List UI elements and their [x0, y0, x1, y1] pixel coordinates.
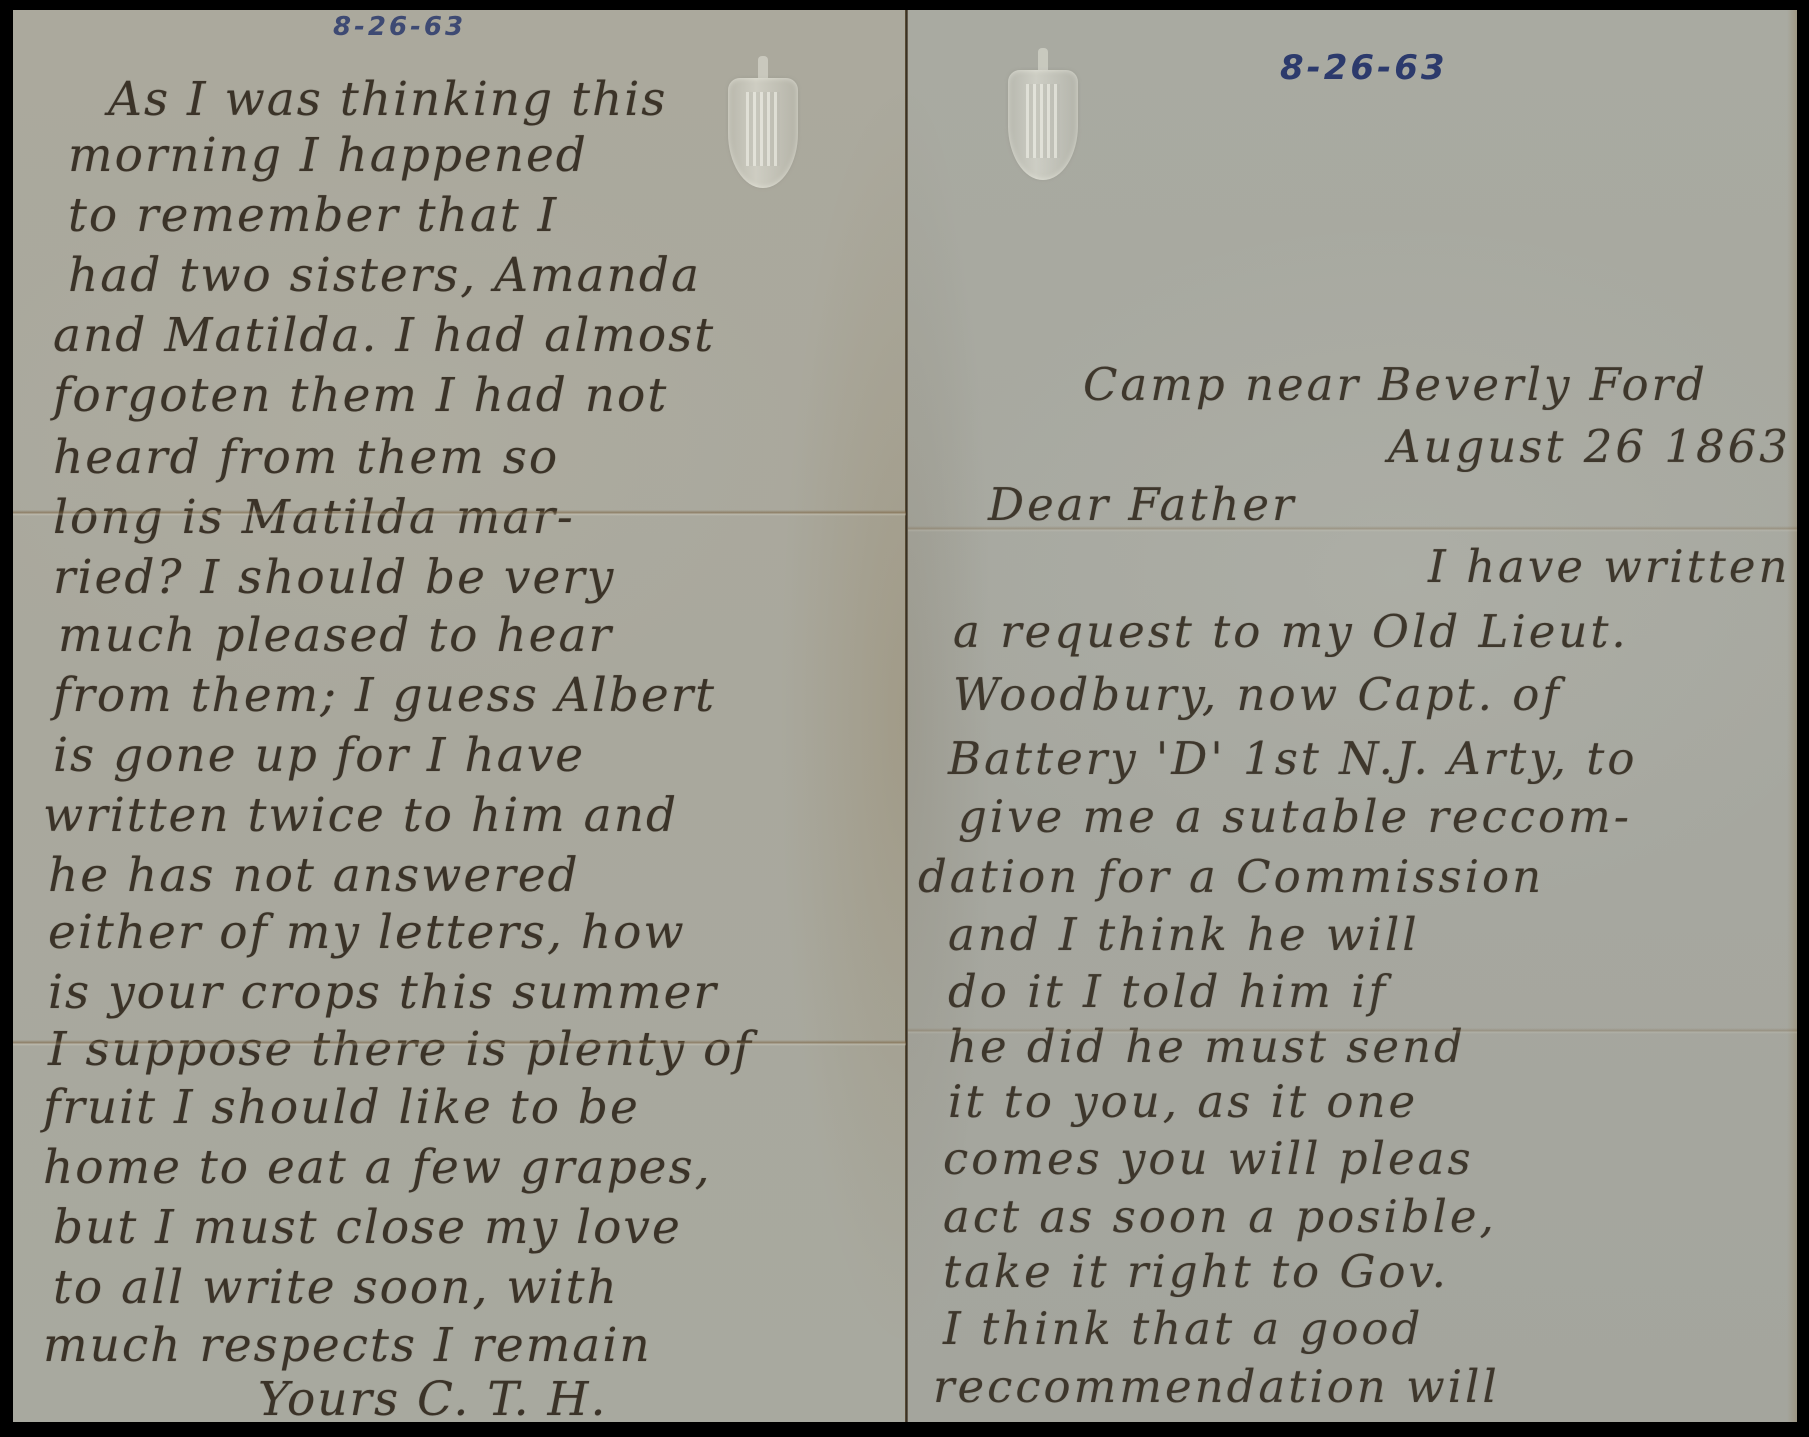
- letter-line: give me a sutable reccom-: [958, 790, 1632, 843]
- letter-line: much pleased to hear: [58, 608, 613, 663]
- fold-crease: [13, 510, 906, 516]
- letter-line: much respects I remain: [43, 1318, 652, 1373]
- letter-heading-place: Camp near Beverly Ford: [1083, 358, 1708, 411]
- signature: Yours C. T. H.: [258, 1372, 607, 1422]
- letter-line: morning I happened: [68, 128, 588, 183]
- salutation: Dear Father: [988, 478, 1297, 531]
- letter-line: but I must close my love: [53, 1200, 682, 1255]
- letter-line: a request to my Old Lieut.: [953, 605, 1629, 658]
- letter-line: act as soon a posible,: [943, 1190, 1497, 1243]
- fold-crease: [908, 526, 1797, 532]
- letter-line: ried? I should be very: [53, 550, 615, 605]
- letter-line: home to eat a few grapes,: [43, 1140, 712, 1195]
- letter-line: written twice to him and: [43, 788, 678, 843]
- right-page: 8-26-63 Camp near Beverly Ford August 26…: [908, 10, 1797, 1422]
- archive-date-note: 8-26-63: [333, 12, 466, 42]
- letter-line: heard from them so: [53, 430, 559, 485]
- letter-line: is your crops this summer: [48, 965, 718, 1020]
- archive-date-note: 8-26-63: [1280, 48, 1448, 88]
- letter-line: long is Matilda mar-: [53, 490, 575, 545]
- letter-line: and Matilda. I had almost: [53, 308, 715, 363]
- crest-emboss-icon: [728, 78, 798, 188]
- letter-line: reccommendation will: [933, 1360, 1500, 1413]
- left-page: 8-26-63 As I was thinking this morning I…: [13, 10, 906, 1422]
- letter-line: and I think he will: [948, 908, 1420, 961]
- center-fold: [905, 10, 908, 1422]
- letter-line: he has not answered: [48, 848, 580, 903]
- letter-line: to all write soon, with: [53, 1260, 619, 1315]
- letter-line: dation for a Commission: [918, 850, 1544, 903]
- letter-line: take it right to Gov.: [943, 1245, 1449, 1298]
- letter-line: I suppose there is plenty of: [48, 1022, 753, 1077]
- letter-line: I have written: [1428, 540, 1790, 593]
- crest-emboss-icon: [1008, 70, 1078, 180]
- letter-line: to remember that I: [68, 188, 558, 243]
- letter-heading-date: August 26 1863: [1388, 420, 1791, 473]
- paper-edge: [1787, 10, 1797, 1422]
- letter-sheet: 8-26-63 As I was thinking this morning I…: [13, 10, 1797, 1422]
- letter-line: it to you, as it one: [948, 1075, 1418, 1128]
- letter-line: from them; I guess Albert: [53, 668, 716, 723]
- fold-crease: [13, 1040, 906, 1046]
- letter-line: Woodbury, now Capt. of: [953, 668, 1562, 721]
- fold-crease: [908, 1028, 1797, 1034]
- letter-line: do it I told him if: [948, 965, 1388, 1018]
- letter-line: forgoten them I had not: [53, 368, 668, 423]
- letter-line: is gone up for I have: [53, 728, 585, 783]
- letter-line: comes you will pleas: [943, 1132, 1474, 1185]
- letter-line: As I was thinking this: [108, 72, 667, 127]
- letter-line: either of my letters, how: [48, 905, 686, 960]
- letter-line: Battery 'D' 1st N.J. Arty, to: [948, 732, 1637, 785]
- letter-line: I think that a good: [943, 1302, 1423, 1355]
- letter-line: had two sisters, Amanda: [68, 248, 701, 303]
- letter-line: fruit I should like to be: [43, 1080, 640, 1135]
